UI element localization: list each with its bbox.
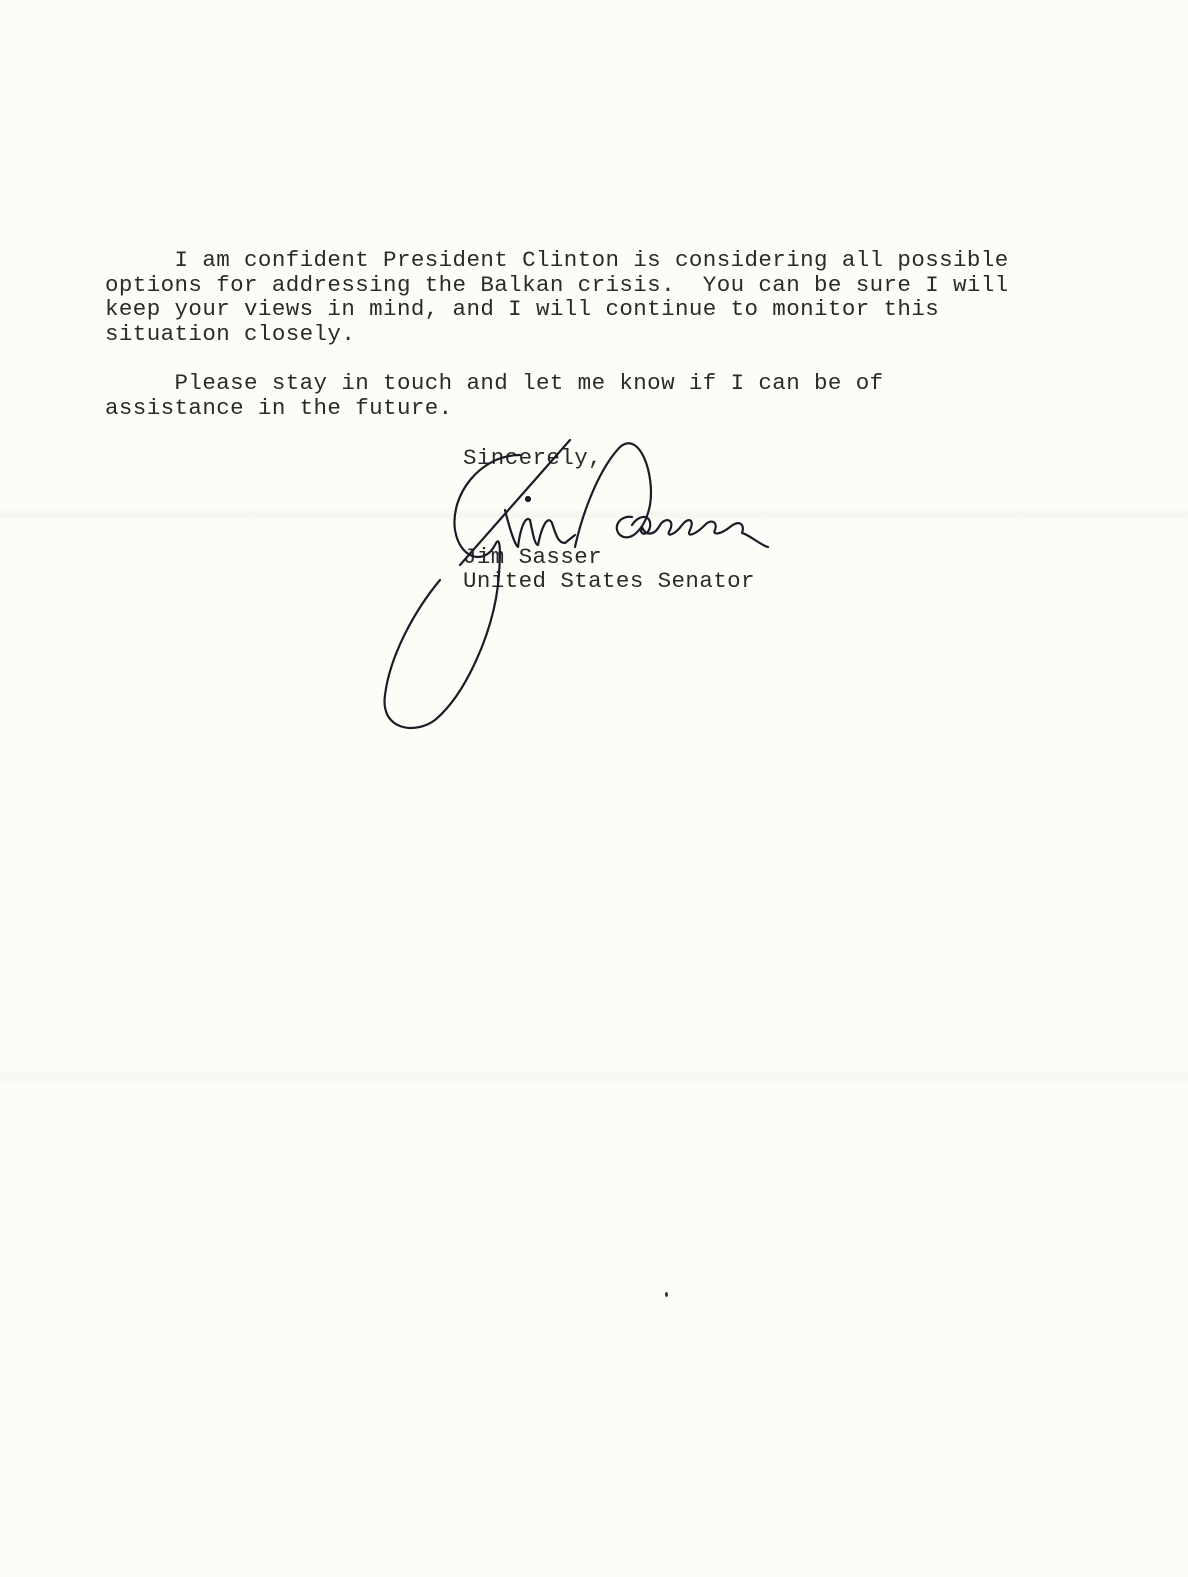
paper-fold-line [0,1070,1188,1084]
body-paragraph-1: I am confident President Clinton is cons… [105,248,1009,346]
paper-speck [665,1292,668,1297]
paragraph-line: options for addressing the Balkan crisis… [105,273,1009,298]
paragraph-line: situation closely. [105,322,1009,347]
paragraph-line: I am confident President Clinton is cons… [105,248,1009,273]
signature-icon [370,435,790,735]
paragraph-line: assistance in the future. [105,396,884,421]
paragraph-line: Please stay in touch and let me know if … [105,371,884,396]
body-paragraph-2: Please stay in touch and let me know if … [105,371,884,420]
paragraph-line: keep your views in mind, and I will cont… [105,297,1009,322]
